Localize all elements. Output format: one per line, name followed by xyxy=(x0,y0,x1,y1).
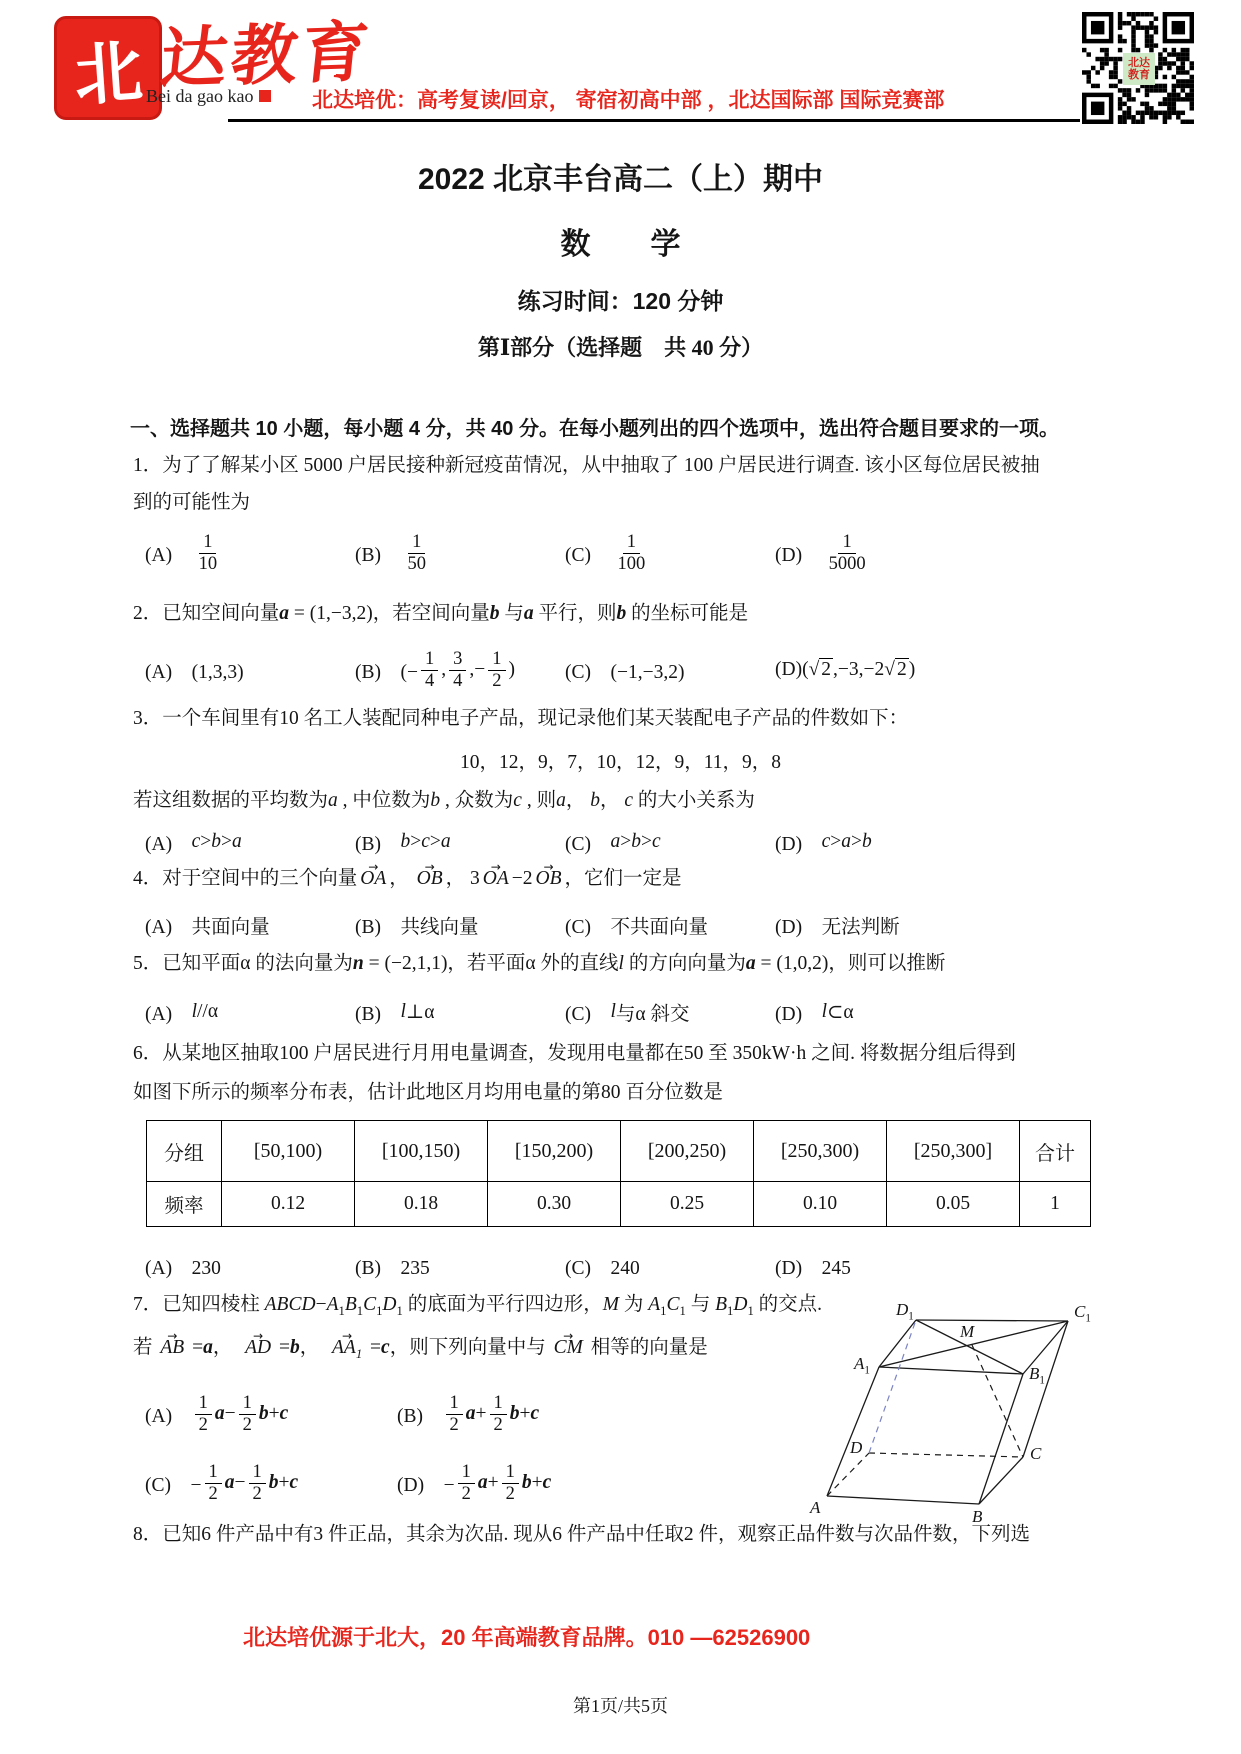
option-3d: (D) c > a > b xyxy=(775,828,985,856)
option-5a: (A) l //α xyxy=(145,998,355,1026)
question-6-text-line2: 如图下所示的频率分布表，估计此地区月均用电量的第80 百分位数是 xyxy=(133,1079,723,1106)
logo-subtitle: Bei da gao kao xyxy=(146,86,271,107)
question-3-text-line1: 3．一个车间里有10 名工人装配同种电子产品，现记录他们某天装配电子产品的件数如… xyxy=(133,705,908,732)
option-2c: (C) (−1,−3,2) xyxy=(565,656,775,684)
figure-label-d1: D1 xyxy=(896,1300,914,1322)
figure-label-c: C xyxy=(1030,1444,1041,1464)
table-cell: 0.12 xyxy=(222,1182,355,1227)
question-3-text-line2: 若这组数据的平均数为a , 中位数为b , 众数为c , 则a， b， c 的大… xyxy=(133,787,755,814)
option-6a: (A) 230 xyxy=(145,1252,355,1280)
figure-label-a1: A1 xyxy=(854,1354,870,1376)
option-2b: (B) (−14,34,−12) xyxy=(355,649,565,691)
figure-label-b1: B1 xyxy=(1029,1364,1045,1386)
table-value-row: 频率 0.12 0.18 0.30 0.25 0.10 0.05 1 xyxy=(147,1182,1091,1227)
subject-title: 数 学 xyxy=(0,219,1241,263)
instructions-line: 一、选择题共 10 小题，每小题 4 分，共 40 分。在每小题列出的四个选项中… xyxy=(130,412,1112,441)
option-7c: (C) −12a − 12b + c xyxy=(145,1462,397,1504)
table-cell: [100,150) xyxy=(355,1121,488,1182)
question-6-text-line1: 6．从某地区抽取100 户居民进行月用电量调查，发现用电量都在50 至 350k… xyxy=(133,1040,1016,1067)
q7-figure: D1 C1 M A1 B1 D C A B xyxy=(800,1298,1136,1538)
question-3-options: (A) c > b > a (B) b > c > a (C) a > b > … xyxy=(145,827,985,857)
figure-label-a: A xyxy=(810,1498,820,1518)
question-6-options: (A) 230 (B) 235 (C) 240 (D) 245 xyxy=(145,1251,985,1281)
table-cell: 分组 xyxy=(147,1121,222,1182)
option-1a: (A) 110 xyxy=(145,532,355,574)
option-6b: (B) 235 xyxy=(355,1252,565,1280)
table-cell: 0.05 xyxy=(887,1182,1020,1227)
section-heading: 第Ⅰ部分（选择题 共 40 分） xyxy=(0,331,1241,362)
footer-slogan: 北达培优源于北大，20 年高端教育品牌。010 —62526900 xyxy=(243,1621,810,1652)
option-3a: (A) c > b > a xyxy=(145,828,355,856)
option-6c: (C) 240 xyxy=(565,1252,775,1280)
option-1b: (B) 150 xyxy=(355,532,565,574)
table-cell: 0.10 xyxy=(754,1182,887,1227)
question-4-options: (A) 共面向量 (B) 共线向量 (C) 不共面向量 (D) 无法判断 xyxy=(145,910,985,940)
question-8-text: 8．已知6 件产品中有3 件正品，其余为次品. 现从6 件产品中任取2 件，观察… xyxy=(133,1521,1030,1548)
question-7-options-row2: (C) −12a − 12b + c (D) −12a + 12b + c xyxy=(145,1452,649,1514)
option-5b: (B) l ⊥α xyxy=(355,998,565,1026)
question-7-text-line1: 7．已知四棱柱 ABCD−A1B1C1D1 的底面为平行四边形，M 为 A1C1… xyxy=(133,1291,822,1325)
option-5d: (D) l ⊂α xyxy=(775,998,985,1026)
option-3c: (C) a > b > c xyxy=(565,828,775,856)
qr-code: 北达 教育 xyxy=(1082,12,1194,124)
page-number: 第1页/共5页 xyxy=(0,1692,1241,1718)
question-2-options: (A) (1,3,3) (B) (−14,34,−12) (C) (−1,−3,… xyxy=(145,638,985,702)
header-divider xyxy=(228,119,1080,122)
option-1d: (D) 15000 xyxy=(775,532,985,574)
table-cell: [50,100) xyxy=(222,1121,355,1182)
table-header-row: 分组 [50,100) [100,150) [150,200) [200,250… xyxy=(147,1121,1091,1182)
option-7d: (D) −12a + 12b + c xyxy=(397,1462,649,1504)
table-cell: 频率 xyxy=(147,1182,222,1227)
table-cell: [150,200) xyxy=(488,1121,621,1182)
table-cell: [200,250) xyxy=(621,1121,754,1182)
option-4c: (C) 不共面向量 xyxy=(565,911,775,939)
question-1-options: (A) 110 (B) 150 (C) 1100 (D) 15000 xyxy=(145,520,985,586)
question-2-text: 2．已知空间向量a = (1,−3,2)，若空间向量b 与a 平行，则b 的坐标… xyxy=(133,600,748,627)
question-5-options: (A) l //α (B) l ⊥α (C) l 与α 斜交 (D) l ⊂α xyxy=(145,997,985,1027)
table-cell: 0.18 xyxy=(355,1182,488,1227)
option-1c: (C) 1100 xyxy=(565,532,775,574)
option-7a: (A) 12a − 12b + c xyxy=(145,1393,397,1435)
option-2a: (A) (1,3,3) xyxy=(145,656,355,684)
option-5c: (C) l 与α 斜交 xyxy=(565,998,775,1026)
question-1-text-line1: 1．为了了解某小区 5000 户居民接种新冠疫苗情况，从中抽取了 100 户居民… xyxy=(133,452,1040,479)
question-5-text: 5．已知平面α 的法向量为n = (−2,1,1)，若平面α 外的直线l 的方向… xyxy=(133,950,945,977)
table-cell: [250,300) xyxy=(754,1121,887,1182)
header-tagline: 北达培优：高考复读/回京， 寄宿初高中部 ，北达国际部 国际竞赛部 xyxy=(312,84,944,114)
exam-duration: 练习时间：120 分钟 xyxy=(0,283,1241,316)
qr-center-label: 北达 教育 xyxy=(1123,53,1155,85)
option-3b: (B) b > c > a xyxy=(355,828,565,856)
logo-seal-character: 北 xyxy=(71,17,146,119)
table-cell: 0.25 xyxy=(621,1182,754,1227)
question-7-options-row1: (A) 12a − 12b + c (B) 12a + 12b + c xyxy=(145,1383,649,1445)
table-cell: 合计 xyxy=(1020,1121,1091,1182)
figure-label-m: M xyxy=(960,1322,974,1342)
table-cell: 1 xyxy=(1020,1182,1091,1227)
logo-red-square xyxy=(259,90,271,102)
question-4-text: 4．对于空间中的三个向量OA， OB， 3OA−2OB，它们一定是 xyxy=(133,865,682,892)
table-cell: [250,300] xyxy=(887,1121,1020,1182)
option-4b: (B) 共线向量 xyxy=(355,911,565,939)
option-6d: (D) 245 xyxy=(775,1252,985,1280)
option-2d: (D)(√2,−3,−2√2) xyxy=(775,659,985,681)
question-7-text-line2: 若 AB =a， AD =b， AA1 =c，则下列向量中与 CM 相等的向量是 xyxy=(133,1334,708,1368)
option-4d: (D) 无法判断 xyxy=(775,911,985,939)
question-3-data-line: 10，12，9，7，10，12，9，11，9，8 xyxy=(0,749,1241,776)
frequency-table: 分组 [50,100) [100,150) [150,200) [200,250… xyxy=(146,1120,1091,1227)
figure-label-d: D xyxy=(850,1438,862,1458)
option-7b: (B) 12a + 12b + c xyxy=(397,1393,649,1435)
exam-title: 2022 北京丰台高二（上）期中 xyxy=(0,154,1241,198)
figure-label-c1: C1 xyxy=(1074,1302,1091,1324)
question-1-text-line2: 到的可能性为 xyxy=(133,489,250,516)
table-cell: 0.30 xyxy=(488,1182,621,1227)
option-4a: (A) 共面向量 xyxy=(145,911,355,939)
